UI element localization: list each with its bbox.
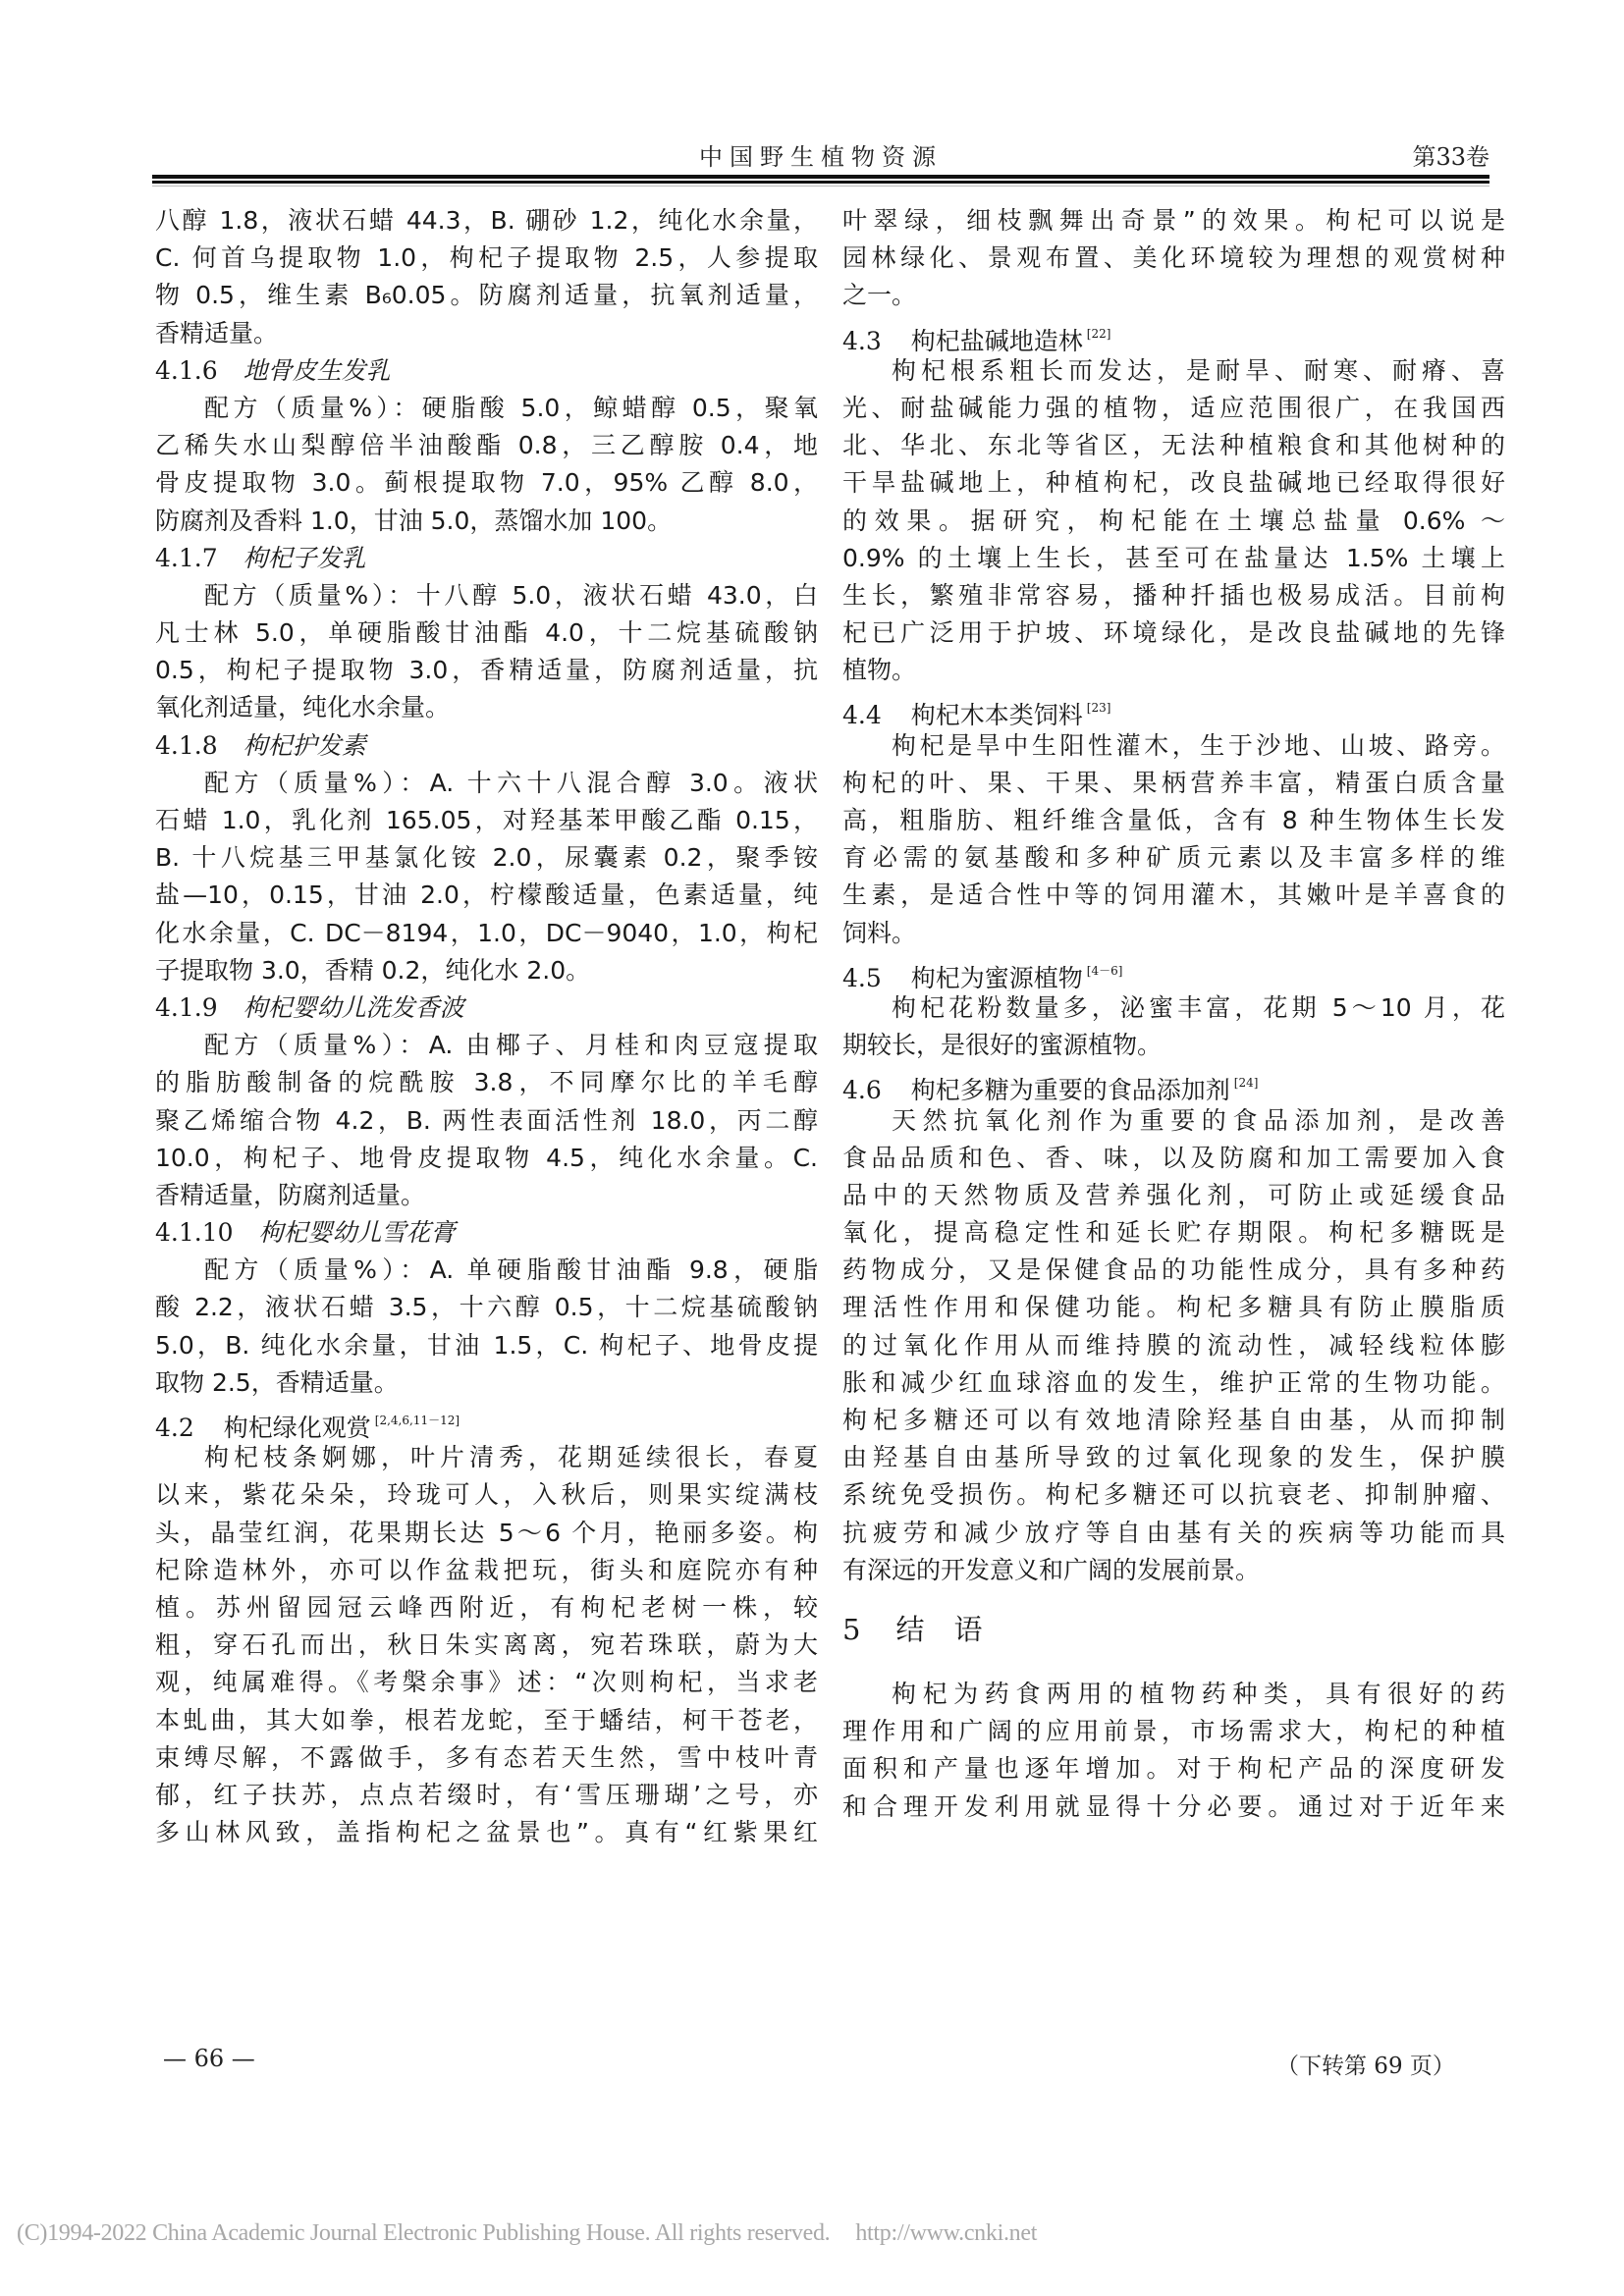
section-number: 4.1.8: [155, 731, 218, 760]
text-line: B. 十八烷基三甲基氯化铵 2.0，尿囊素 0.2，聚季铵: [155, 839, 818, 877]
section-heading-5: 5结语: [842, 1599, 1505, 1660]
text-line: 植。苏州留园冠云峰西附近，有枸杞老树一株，较: [155, 1589, 818, 1627]
section-number: 4.6: [842, 1076, 882, 1104]
text-line: 香精适量。: [155, 315, 818, 352]
section-number: 4.1.7: [155, 544, 218, 572]
text-line: 植物。: [842, 652, 1505, 689]
text-line: 枸杞多糖还可以有效地清除羟基自由基，从而抑制: [842, 1402, 1505, 1439]
page-number: — 66 —: [163, 2045, 255, 2072]
footer-url-link[interactable]: http://www.cnki.net: [855, 2220, 1037, 2246]
section-title: 枸杞绿化观赏: [224, 1414, 371, 1442]
section-title: 枸杞护发素: [244, 731, 366, 760]
section-title: 枸杞婴幼儿雪花膏: [259, 1218, 456, 1247]
text-line: 饲料。: [842, 915, 1505, 952]
text-line: 聚乙烯缩合物 4.2，B. 两性表面活性剂 18.0，丙二醇: [155, 1102, 818, 1140]
text-line: 取物 2.5，香精适量。: [155, 1364, 818, 1402]
text-line: 药物成分，又是保健食品的功能性成分，具有多种药: [842, 1252, 1505, 1289]
section-heading-4-4: 4.4枸杞木本类饲料[23]: [842, 689, 1505, 726]
text-line: 系统免受损伤。枸杞多糖还可以抗衰老、抑制肿瘤、: [842, 1476, 1505, 1514]
text-line: 氧化，提高稳定性和延长贮存期限。枸杞多糖既是: [842, 1214, 1505, 1252]
text-line: 香精适量，防腐剂适量。: [155, 1177, 818, 1214]
right-column: 叶翠绿，细枝飘舞出奇景”的效果。枸杞可以说是 园林绿化、景观布置、美化环境较为理…: [842, 202, 1505, 1826]
text-line: 抗疲劳和减少放疗等自由基有关的疾病等功能而具: [842, 1515, 1505, 1552]
text-line: 骨皮提取物 3.0。蓟根提取物 7.0，95% 乙醇 8.0，: [155, 464, 818, 502]
text-line: 枸杞为药食两用的植物药种类，具有很好的药: [842, 1676, 1505, 1713]
section-heading-4-1-10: 4.1.10枸杞婴幼儿雪花膏: [155, 1214, 818, 1252]
section-heading-4-6: 4.6枸杞多糖为重要的食品添加剂[24]: [842, 1064, 1505, 1101]
section-heading-4-1-8: 4.1.8枸杞护发素: [155, 727, 818, 765]
section-heading-4-1-6: 4.1.6地骨皮生发乳: [155, 352, 818, 390]
text-line: 子提取物 3.0，香精 0.2，纯化水 2.0。: [155, 952, 818, 989]
copyright-text: (C)1994-2022 China Academic Journal Elec…: [17, 2220, 830, 2246]
citation-ref[interactable]: [22]: [1087, 327, 1111, 341]
section-number: 4.3: [842, 327, 882, 355]
text-line: 凡士林 5.0，单硬脂酸甘油酯 4.0，十二烷基硫酸钠: [155, 614, 818, 652]
text-line: 酸 2.2，液状石蜡 3.5，十六醇 0.5，十二烷基硫酸钠: [155, 1289, 818, 1326]
text-line: 有深远的开发意义和广阔的发展前景。: [842, 1552, 1505, 1589]
text-line: 配方（质量%）：A. 十六十八混合醇 3.0。液状: [155, 765, 818, 802]
volume-label: 第33卷: [1412, 137, 1489, 172]
section-title: 枸杞盐碱地造林: [911, 327, 1083, 355]
text-line: 枸杞花粉数量多，泌蜜丰富，花期 5～10 月，花: [842, 989, 1505, 1027]
text-line: 之一。: [842, 277, 1505, 314]
text-line: 的过氧化作用从而维持膜的流动性，减轻线粒体膨: [842, 1327, 1505, 1364]
section-title: 地骨皮生发乳: [244, 356, 391, 385]
spacer: [842, 1660, 1505, 1676]
text-line: 胀和减少红血球溶血的发生，维护正常的生物功能。: [842, 1364, 1505, 1402]
text-line: 枸杞根系粗长而发达，是耐旱、耐寒、耐瘠、喜: [842, 352, 1505, 390]
citation-ref[interactable]: [4－6]: [1087, 964, 1123, 978]
text-line: 氧化剂适量，纯化水余量。: [155, 689, 818, 726]
text-line: 配方（质量%）：A. 由椰子、月桂和肉豆寇提取: [155, 1027, 818, 1064]
text-line: 理作用和广阔的应用前景，市场需求大，枸杞的种植: [842, 1713, 1505, 1750]
text-line: 生长，繁殖非常容易，播种扦插也极易成活。目前枸: [842, 577, 1505, 614]
text-line: 叶翠绿，细枝飘舞出奇景”的效果。枸杞可以说是: [842, 202, 1505, 240]
section-number: 4.5: [842, 964, 882, 992]
text-line: 头，晶莹红润，花果期长达 5～6 个月，艳丽多姿。枸: [155, 1515, 818, 1552]
text-line: 北、华北、东北等省区，无法种植粮食和其他树种的: [842, 427, 1505, 464]
text-line: 配方（质量%）：A. 单硬脂酸甘油酯 9.8，硬脂: [155, 1252, 818, 1289]
text-line: 期较长，是很好的蜜源植物。: [842, 1027, 1505, 1064]
text-line: C. 何首乌提取物 1.0，枸杞子提取物 2.5，人参提取: [155, 240, 818, 277]
section-heading-4-1-9: 4.1.9枸杞婴幼儿洗发香波: [155, 989, 818, 1027]
text-line: 本虬曲，其大如拳，根若龙蛇，至于蟠结，柯干苍老，: [155, 1702, 818, 1739]
text-line: 配方（质量%）：十八醇 5.0，液状石蜡 43.0，白: [155, 577, 818, 614]
text-line: 配方（质量%）：硬脂酸 5.0，鲸蜡醇 0.5，聚氧: [155, 390, 818, 427]
text-line: 育必需的氨基酸和多种矿质元素以及丰富多样的维: [842, 839, 1505, 877]
text-line: 高，粗脂肪、粗纤维含量低，含有 8 种生物体生长发: [842, 802, 1505, 839]
section-title: 枸杞多糖为重要的食品添加剂: [911, 1076, 1230, 1104]
text-line: 观，纯属难得。《考槃余事》述：“次则枸杞，当求老: [155, 1664, 818, 1701]
citation-ref[interactable]: [24]: [1234, 1076, 1259, 1090]
text-line: 以来，紫花朵朵，玲珑可人，入秋后，则果实绽满枝: [155, 1476, 818, 1514]
section-title: 枸杞木本类饲料: [911, 701, 1083, 729]
running-header: 中国野生植物资源 第33卷: [152, 137, 1489, 177]
section-number: 4.1.6: [155, 356, 218, 385]
text-line: 天然抗氧化剂作为重要的食品添加剂，是改善: [842, 1102, 1505, 1140]
text-line: 品中的天然物质及营养强化剂，可防止或延缓食品: [842, 1177, 1505, 1214]
text-line: 束缚尽解，不露做手，多有态若天生然，雪中枝叶青: [155, 1739, 818, 1777]
section-number: 4.1.10: [155, 1218, 234, 1247]
journal-title: 中国野生植物资源: [152, 137, 1489, 172]
text-line: 干旱盐碱地上，种植枸杞，改良盐碱地已经取得很好: [842, 464, 1505, 502]
text-line: 10.0，枸杞子、地骨皮提取物 4.5，纯化水余量。C.: [155, 1140, 818, 1177]
text-line: 生素，是适合性中等的饲用灌木，其嫩叶是羊喜食的: [842, 877, 1505, 914]
text-line: 光、耐盐碱能力强的植物，适应范围很广，在我国西: [842, 390, 1505, 427]
text-line: 的效果。据研究，枸杞能在土壤总盐量 0.6% ～: [842, 503, 1505, 540]
text-line: 理活性作用和保健功能。枸杞多糖具有防止膜脂质: [842, 1289, 1505, 1326]
text-line: 由羟基自由基所导致的过氧化现象的发生，保护膜: [842, 1439, 1505, 1476]
text-line: 乙稀失水山梨醇倍半油酸酯 0.8，三乙醇胺 0.4，地: [155, 427, 818, 464]
section-title: 枸杞为蜜源植物: [911, 964, 1083, 992]
text-line: 化水余量，C. DC－8194，1.0，DC－9040，1.0，枸杞: [155, 915, 818, 952]
section-title: 枸杞子发乳: [244, 544, 366, 572]
continued-note: （下转第 69 页）: [1276, 2048, 1455, 2080]
text-line: 枸杞枝条婀娜，叶片清秀，花期延续很长，春夏: [155, 1439, 818, 1476]
text-line: 枸杞是旱中生阳性灌木，生于沙地、山坡、路旁。: [842, 727, 1505, 765]
section-title: 枸杞婴幼儿洗发香波: [244, 993, 464, 1022]
text-line: 0.5，枸杞子提取物 3.0，香精适量，防腐剂适量，抗: [155, 652, 818, 689]
section-heading-4-1-7: 4.1.7枸杞子发乳: [155, 540, 818, 577]
header-rule-thick: [152, 175, 1489, 179]
section-number: 4.1.9: [155, 993, 218, 1022]
left-column: 八醇 1.8，液状石蜡 44.3，B. 硼砂 1.2，纯化水余量， C. 何首乌…: [155, 202, 818, 1851]
text-line: 食品品质和色、香、味，以及防腐和加工需要加入食: [842, 1140, 1505, 1177]
text-line: 5.0，B. 纯化水余量，甘油 1.5，C. 枸杞子、地骨皮提: [155, 1327, 818, 1364]
citation-ref[interactable]: [23]: [1087, 701, 1111, 715]
section-number: 4.2: [155, 1414, 194, 1442]
section-number: 5: [842, 1613, 860, 1646]
text-line: 枸杞的叶、果、干果、果柄营养丰富，精蛋白质含量: [842, 765, 1505, 802]
section-heading-4-2: 4.2枸杞绿化观赏[2,4,6,11－12]: [155, 1402, 818, 1439]
text-line: 物 0.5，维生素 B₆0.05。防腐剂适量，抗氧剂适量，: [155, 277, 818, 314]
text-line: 面积和产量也逐年增加。对于枸杞产品的深度研发: [842, 1750, 1505, 1788]
text-line: 郁，红子扶苏，点点若缀时，有‘雪压珊瑚’之号，亦: [155, 1777, 818, 1814]
copyright-footer: (C)1994-2022 China Academic Journal Elec…: [17, 2220, 1037, 2247]
text-line: 多山林风致，盖指枸杞之盆景也”。真有“红紫果红: [155, 1814, 818, 1851]
section-heading-4-3: 4.3枸杞盐碱地造林[22]: [842, 315, 1505, 352]
text-line: 防腐剂及香料 1.0，甘油 5.0，蒸馏水加 100。: [155, 503, 818, 540]
text-line: 杞除造林外，亦可以作盆栽把玩，街头和庭院亦有种: [155, 1552, 818, 1589]
text-line: 和合理开发利用就显得十分必要。通过对于近年来: [842, 1789, 1505, 1826]
text-line: 杞已广泛用于护坡、环境绿化，是改良盐碱地的先锋: [842, 614, 1505, 652]
header-rule-thin: [152, 186, 1489, 187]
header-rule-thick-2: [152, 181, 1489, 184]
text-line: 石蜡 1.0，乳化剂 165.05，对羟基苯甲酸乙酯 0.15，: [155, 802, 818, 839]
text-line: 盐—10，0.15，甘油 2.0，柠檬酸适量，色素适量，纯: [155, 877, 818, 914]
text-line: 0.9% 的土壤上生长，甚至可在盐量达 1.5% 土壤上: [842, 540, 1505, 577]
text-line: 粗，穿石孔而出，秋日朱实离离，宛若珠联，蔚为大: [155, 1627, 818, 1664]
section-number: 4.4: [842, 701, 882, 729]
section-title: 结语: [895, 1613, 1011, 1646]
text-line: 八醇 1.8，液状石蜡 44.3，B. 硼砂 1.2，纯化水余量，: [155, 202, 818, 240]
text-line: 园林绿化、景观布置、美化环境较为理想的观赏树种: [842, 240, 1505, 277]
citation-ref[interactable]: [2,4,6,11－12]: [375, 1414, 460, 1427]
section-heading-4-5: 4.5枸杞为蜜源植物[4－6]: [842, 952, 1505, 989]
text-line: 的脂肪酸制备的烷酰胺 3.8，不同摩尔比的羊毛醇: [155, 1064, 818, 1101]
